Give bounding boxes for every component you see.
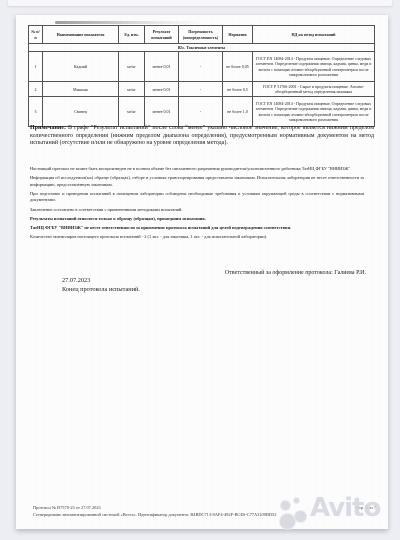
footer-page-number: Стр. 3 из 7 xyxy=(356,505,376,510)
scan-artifact xyxy=(55,21,205,24)
cell-name: Мышьяк xyxy=(43,82,119,97)
table-header-row: № п/п Наименование показателя Ед. изм. Р… xyxy=(29,26,375,44)
cell-unit: мг/кг xyxy=(119,82,145,97)
cell-unit: мг/кг xyxy=(119,97,145,127)
cell-uncertainty: - xyxy=(179,97,223,127)
adjacent-photo-edge xyxy=(8,0,392,6)
table-row: 1 Кадмий мг/кг менее 0,01 - не более 0,0… xyxy=(29,52,375,82)
cell-result: менее 0,01 xyxy=(145,52,179,82)
note-label: Примечание: xyxy=(30,125,66,131)
footer-generated-by: Сгенерировано автоматизированной системо… xyxy=(33,512,363,519)
disclaimer-line-bold: Результаты испытаний относятся только к … xyxy=(30,216,364,223)
cell-name: Свинец xyxy=(43,97,119,127)
table-row: 3 Свинец мг/кг менее 0,01 - не более 1,0… xyxy=(29,97,375,127)
cell-method: ГОСТ EN 14084-2014 - Продукты пищевые. О… xyxy=(253,52,375,82)
cell-unit: мг/кг xyxy=(119,52,145,82)
responsible-signature: Ответственный за оформление протокола: Г… xyxy=(225,270,366,276)
cell-num: 1 xyxy=(29,52,43,82)
note-paragraph: Примечание:В графе "Результат испытаний"… xyxy=(30,125,374,148)
col-header-num: № п/п xyxy=(29,26,43,44)
cell-result: менее 0,01 xyxy=(145,97,179,127)
col-header-unit: Ед. изм. xyxy=(119,26,145,44)
page-footer: Протокол № В7570-23 от 27.07.2023 Сгенер… xyxy=(33,505,363,518)
cell-result: менее 0,01 xyxy=(145,82,179,97)
table-section-row: В5с. Токсичные элементы xyxy=(29,44,375,52)
cell-num: 2 xyxy=(29,82,43,97)
table-row: 2 Мышьяк мг/кг менее 0,01 - не более 0,5… xyxy=(29,82,375,97)
cell-method: ГОСТ Р 51766-2001 - Сырье и продукты пищ… xyxy=(253,82,375,97)
cell-uncertainty: - xyxy=(179,52,223,82)
end-of-protocol-text: Конец протокола испытаний. xyxy=(62,285,140,294)
disclaimer-line: Заключение составлено в соответствии с п… xyxy=(30,207,364,214)
cell-uncertainty: - xyxy=(179,82,223,97)
cell-norm: не более 0,05 xyxy=(223,52,253,82)
cell-name: Кадмий xyxy=(43,52,119,82)
disclaimer-line: Настоящий протокол не может быть воспрои… xyxy=(30,166,364,173)
cell-norm: не более 1,0 xyxy=(223,97,253,127)
protocol-page: № п/п Наименование показателя Ед. изм. Р… xyxy=(16,15,388,529)
col-header-method: НД на метод испытаний xyxy=(253,26,375,44)
cell-norm: не более 0,5 xyxy=(223,82,253,97)
test-results-table: № п/п Наименование показателя Ед. изм. Р… xyxy=(28,25,375,127)
disclaimer-line: Информация об исследуемом(ых) образце (о… xyxy=(30,175,364,188)
col-header-result: Результат испытаний xyxy=(145,26,179,44)
cell-method: ГОСТ EN 14084-2014 - Продукты пищевые. О… xyxy=(253,97,375,127)
disclaimer-line: При подготовке и проведении испытаний в … xyxy=(30,191,364,204)
date-block: 27.07.2023 Конец протокола испытаний. xyxy=(62,276,140,294)
protocol-date: 27.07.2023 xyxy=(62,276,140,285)
col-header-uncertainty: Погрешность (неопределенность) xyxy=(179,26,223,44)
disclaimer-line: Количество экземпляров настоящего проток… xyxy=(30,234,364,241)
col-header-norm: Норматив xyxy=(223,26,253,44)
note-text: В графе "Результат испытаний" после слов… xyxy=(30,125,374,146)
cell-num: 3 xyxy=(29,97,43,127)
section-label: В5с. Токсичные элементы xyxy=(29,44,375,52)
listing-photo: { "colors": { "background": "#edeef3", "… xyxy=(0,0,400,540)
disclaimer-block: Настоящий протокол не может быть воспрои… xyxy=(30,166,364,243)
disclaimer-line-bold: ТатНЦ ФГБУ "ВНИИЗЖ" не несет ответственн… xyxy=(30,225,364,232)
col-header-name: Наименование показателя xyxy=(43,26,119,44)
footer-protocol-number: Протокол № В7570-23 от 27.07.2023 xyxy=(33,505,363,512)
